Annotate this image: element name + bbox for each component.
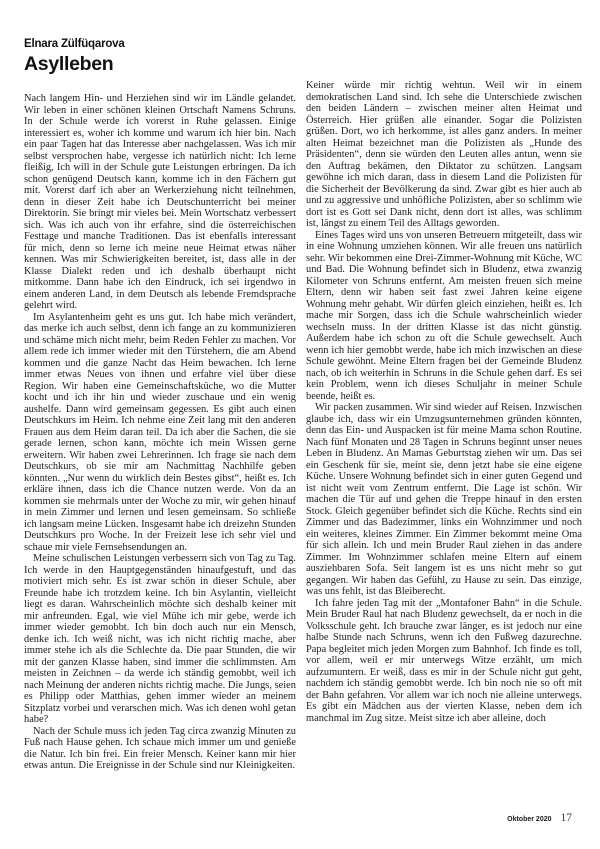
text-columns: Elnara Zülfüqarova Asylleben Nach langem… (24, 38, 582, 772)
paragraph-right-2: Eines Tages wird uns von unseren Betreue… (306, 230, 582, 403)
issue-date: Oktober 2020 (507, 816, 551, 823)
paragraph-left-2: Im Asylantenheim geht es uns gut. Ich ha… (24, 312, 296, 554)
page-number: 17 (561, 812, 573, 824)
paragraph-left-4: Nach der Schule muss ich jeden Tag circa… (24, 726, 296, 772)
paragraph-left-1: Nach langem Hin- und Herziehen sind wir … (24, 93, 296, 312)
page-title: Asylleben (24, 54, 296, 75)
article-header: Elnara Zülfüqarova Asylleben (24, 38, 296, 75)
right-column: Keiner würde mir richtig wehtun. Weil wi… (306, 38, 582, 772)
paragraph-right-3: Wir packen zusammen. Wir sind wieder auf… (306, 402, 582, 598)
paragraph-right-1: Keiner würde mir richtig wehtun. Weil wi… (306, 80, 582, 230)
paragraph-left-3: Meine schulischen Leistungen verbessern … (24, 553, 296, 726)
page-footer: Oktober 2020 17 (507, 812, 572, 824)
author-name: Elnara Zülfüqarova (24, 38, 296, 51)
magazine-page: Elnara Zülfüqarova Asylleben Nach langem… (0, 0, 600, 849)
left-column: Elnara Zülfüqarova Asylleben Nach langem… (24, 38, 296, 772)
paragraph-right-4: Ich fahre jeden Tag mit der „Montafoner … (306, 598, 582, 725)
